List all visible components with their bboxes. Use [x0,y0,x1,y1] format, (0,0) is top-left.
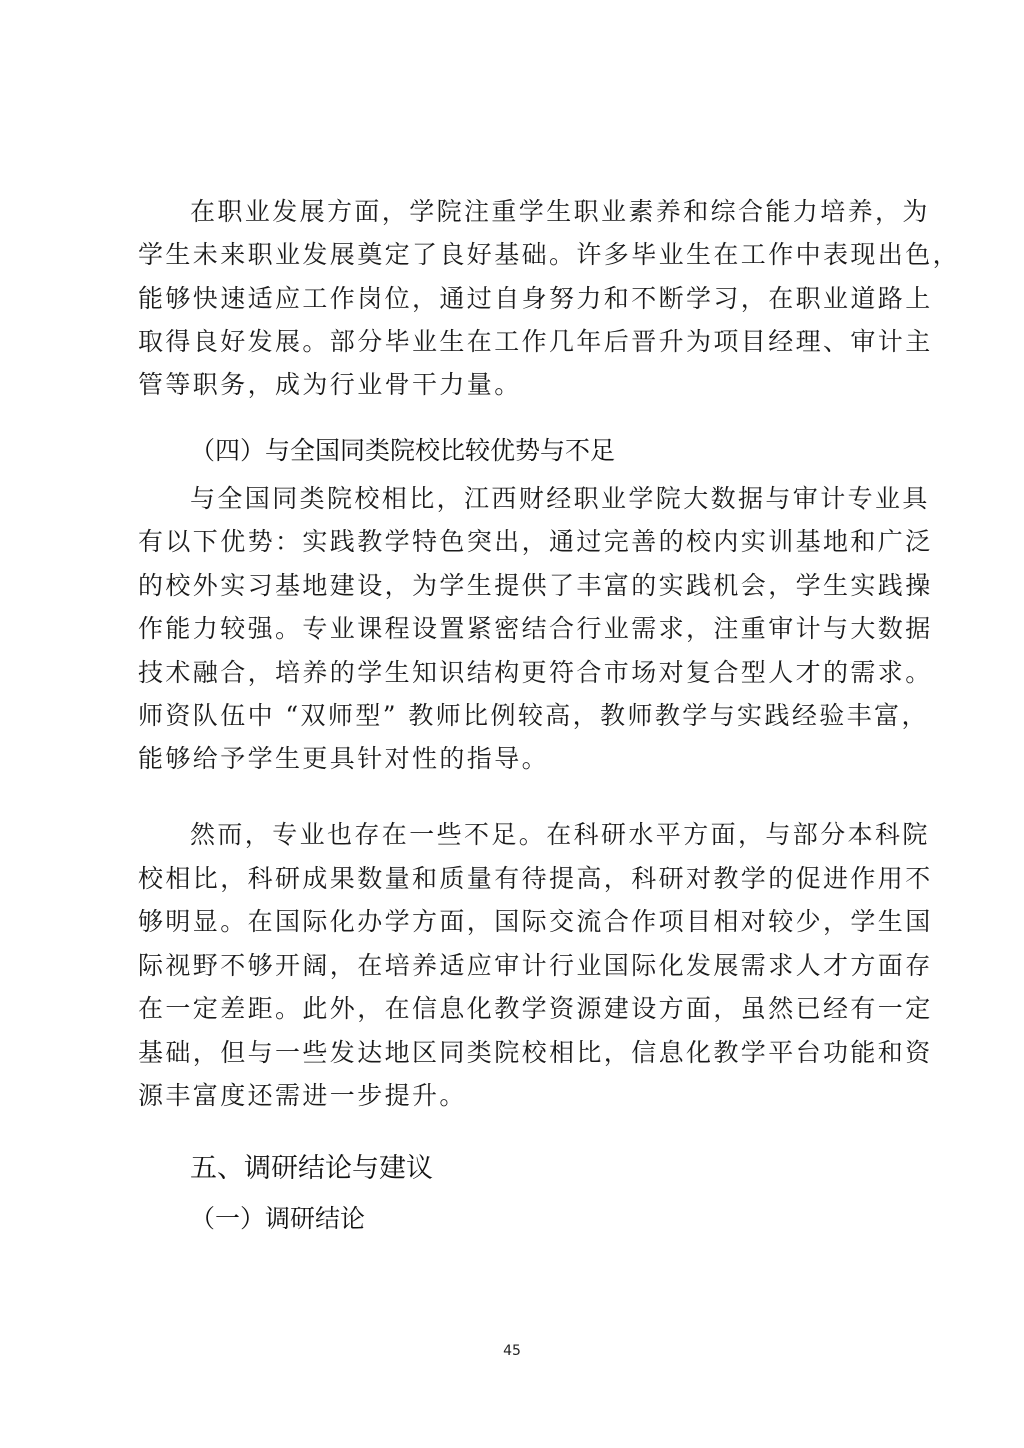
paragraph-2-line-3: 的校外实习基地建设，为学生提供了丰富的实践机会，学生实践操 [138,569,898,603]
paragraph-1-line-4: 取得良好发展。部分毕业生在工作几年后晋升为项目经理、审计主 [138,325,898,359]
document-page: 在职业发展方面，学院注重学生职业素养和综合能力培养，为 学生未来职业发展奠定了良… [0,0,1024,1448]
paragraph-2-line-2: 有以下优势：实践教学特色突出，通过完善的校内实训基地和广泛 [138,525,898,559]
paragraph-1-line-1: 在职业发展方面，学院注重学生职业素养和综合能力培养，为 [190,195,898,229]
paragraph-3-line-6: 基础，但与一些发达地区同类院校相比，信息化教学平台功能和资 [138,1036,898,1070]
paragraph-2-line-1: 与全国同类院校相比，江西财经职业学院大数据与审计专业具 [190,482,898,516]
paragraph-3-line-7: 源丰富度还需进一步提升。 [138,1079,898,1113]
paragraph-2-line-5: 技术融合，培养的学生知识结构更符合市场对复合型人才的需求。 [138,656,898,690]
subsection-heading-4: （四）与全国同类院校比较优势与不足 [190,434,615,468]
paragraph-2-line-6: 师资队伍中 “双师型” 教师比例较高，教师教学与实践经验丰富， [138,699,898,733]
section-heading-5: 五、调研结论与建议 [190,1152,433,1186]
paragraph-3-line-4: 际视野不够开阔，在培养适应审计行业国际化发展需求人才方面存 [138,949,898,983]
page-number: 45 [0,1343,1024,1359]
paragraph-2-line-7: 能够给予学生更具针对性的指导。 [138,742,898,776]
paragraph-3-line-1: 然而，专业也存在一些不足。在科研水平方面，与部分本科院 [190,818,898,852]
paragraph-1-line-2: 学生未来职业发展奠定了良好基础。许多毕业生在工作中表现出色， [138,238,898,272]
paragraph-1-line-5: 管等职务，成为行业骨干力量。 [138,368,898,402]
paragraph-2-line-4: 作能力较强。专业课程设置紧密结合行业需求，注重审计与大数据 [138,612,898,646]
paragraph-1-line-3: 能够快速适应工作岗位，通过自身努力和不断学习，在职业道路上 [138,282,898,316]
paragraph-3-line-2: 校相比，科研成果数量和质量有待提高，科研对教学的促进作用不 [138,862,898,896]
subsection-heading-1: （一）调研结论 [190,1202,365,1236]
paragraph-3-line-3: 够明显。在国际化办学方面，国际交流合作项目相对较少，学生国 [138,905,898,939]
paragraph-3-line-5: 在一定差距。此外，在信息化教学资源建设方面，虽然已经有一定 [138,992,898,1026]
